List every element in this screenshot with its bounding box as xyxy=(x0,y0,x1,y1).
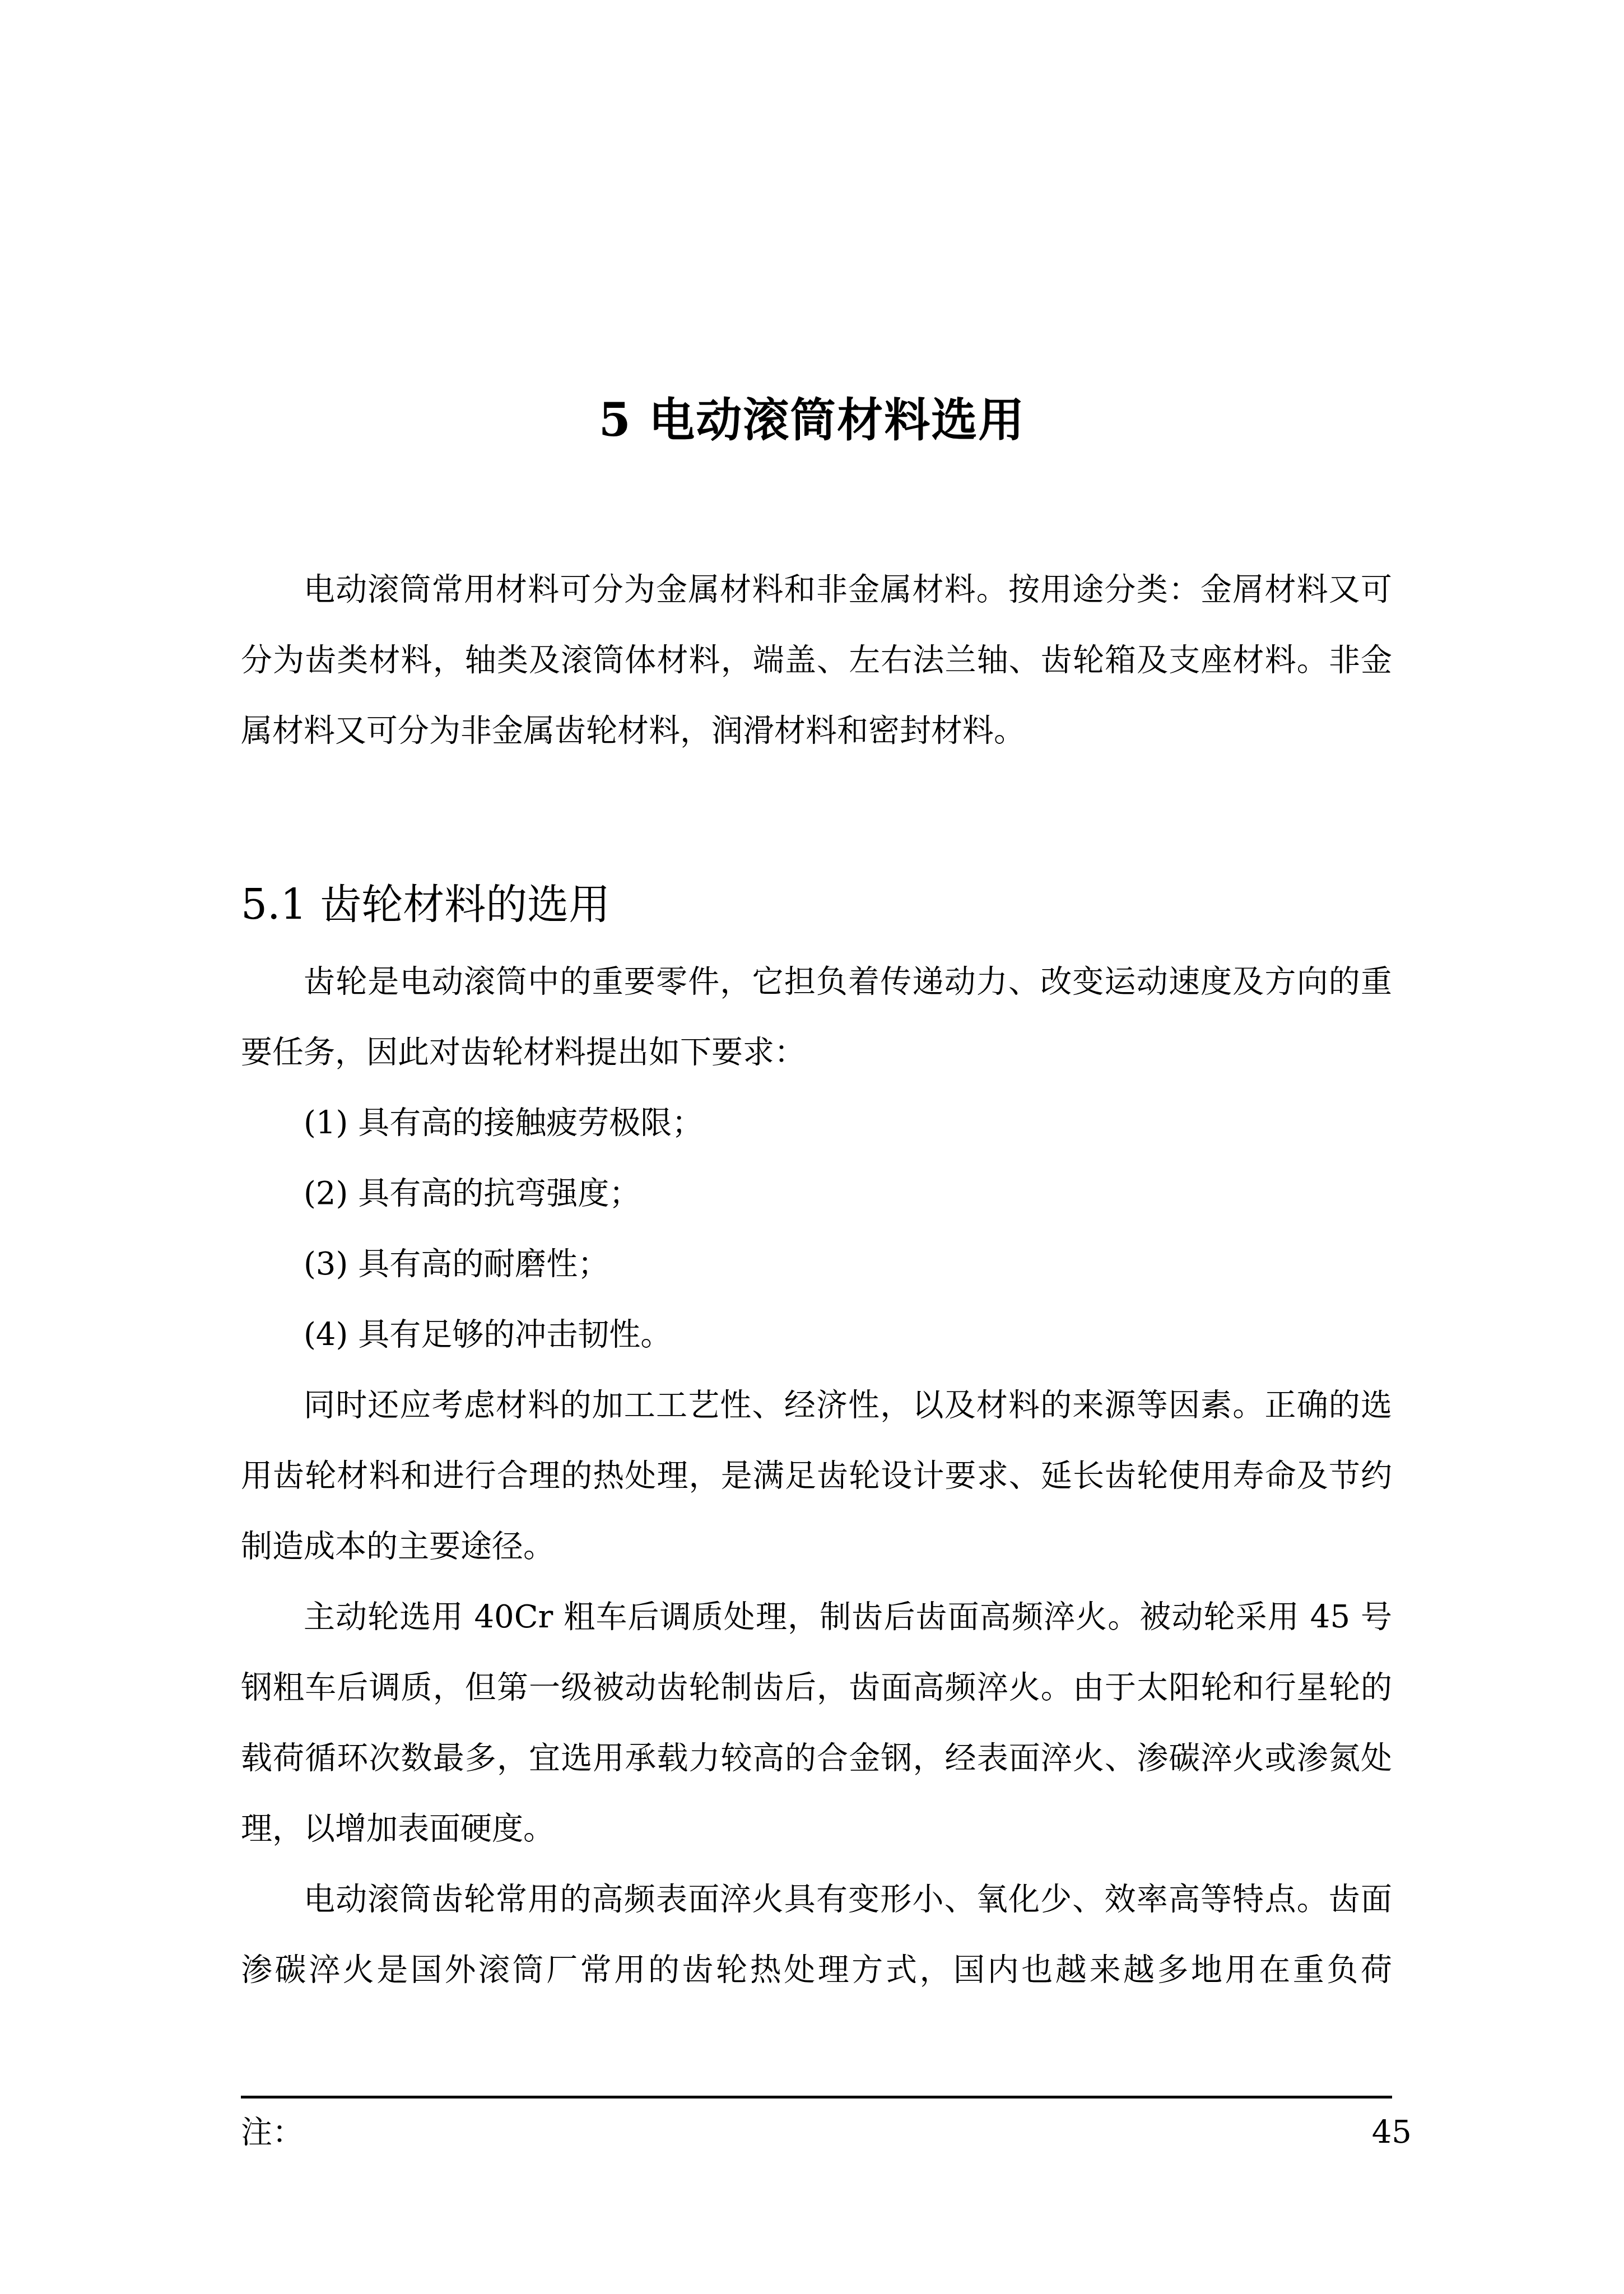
requirement-item: (4) 具有足够的冲击韧性。 xyxy=(241,1300,1392,1370)
footer-divider xyxy=(241,2096,1392,2098)
page-number: 45 xyxy=(1361,2102,1412,2163)
requirement-item: (1) 具有高的接触疲劳极限； xyxy=(241,1088,1392,1158)
section-paragraph-3: 主动轮选用 40Cr 粗车后调质处理，制齿后齿面高频淬火。被动轮采用 45 号钢… xyxy=(241,1582,1392,1864)
requirement-item: (3) 具有高的耐磨性； xyxy=(241,1229,1392,1300)
section-body: 齿轮是电动滚筒中的重要零件，它担负着传递动力、改变运动速度及方向的重要任务，因此… xyxy=(241,947,1392,2005)
footer-note-label: 注： xyxy=(241,2102,304,2163)
chapter-title: 5 电动滚筒材料选用 xyxy=(0,387,1624,454)
section-title: 5.1 齿轮材料的选用 xyxy=(241,874,610,936)
intro-paragraph: 电动滚筒常用材料可分为金属材料和非金属材料。按用途分类：金屑材料又可分为齿类材料… xyxy=(241,555,1392,766)
document-page: 5 电动滚筒材料选用 电动滚筒常用材料可分为金属材料和非金属材料。按用途分类：金… xyxy=(0,0,1624,2294)
intro-block: 电动滚筒常用材料可分为金属材料和非金属材料。按用途分类：金屑材料又可分为齿类材料… xyxy=(241,555,1392,766)
section-paragraph-1: 齿轮是电动滚筒中的重要零件，它担负着传递动力、改变运动速度及方向的重要任务，因此… xyxy=(241,947,1392,1088)
section-paragraph-2: 同时还应考虑材料的加工工艺性、经济性，以及材料的来源等因素。正确的选用齿轮材料和… xyxy=(241,1370,1392,1582)
section-paragraph-4: 电动滚筒齿轮常用的高频表面淬火具有变形小、氧化少、效率高等特点。齿面渗碳淬火是国… xyxy=(241,1864,1392,2005)
requirement-item: (2) 具有高的抗弯强度； xyxy=(241,1158,1392,1229)
